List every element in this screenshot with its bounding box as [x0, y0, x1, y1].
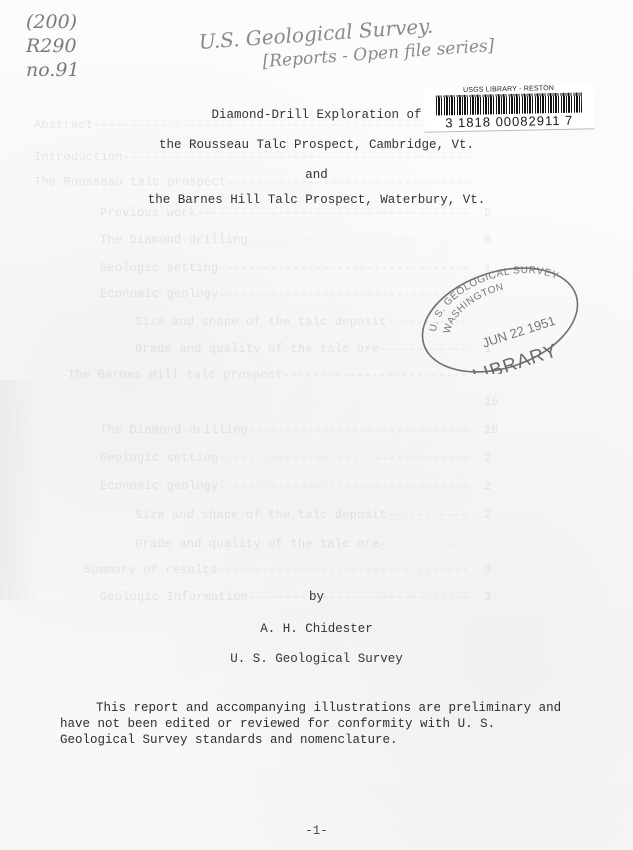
title-line-3: and	[0, 168, 633, 182]
toc-ghost-line: Introduction----------------------------…	[34, 150, 471, 164]
title-line-4: the Barnes Hill Talc Prospect, Waterbury…	[0, 193, 633, 207]
toc-ghost-line: Geologic setting------------------------…	[100, 451, 470, 465]
notice-text: This report and accompanying illustratio…	[60, 700, 570, 748]
toc-ghost-page: 18	[484, 423, 498, 437]
author-affiliation: U. S. Geological Survey	[0, 652, 633, 666]
author-name: A. H. Chidester	[0, 622, 633, 636]
toc-ghost-page: 2	[484, 451, 491, 465]
toc-ghost-line: Size and shape of the talc deposit------…	[135, 508, 468, 522]
title-line-2: the Rousseau Talc Prospect, Cambridge, V…	[0, 138, 633, 152]
barcode-number: 3 1818 00082911 7	[424, 112, 594, 131]
byline-by: by	[0, 590, 633, 604]
stamp-icon: U. S. GEOLOGICAL SURVEY WASHINGTON JUN 2…	[414, 262, 584, 374]
call-number-line: no.91	[26, 58, 80, 82]
toc-ghost-page: 2	[484, 479, 491, 493]
toc-ghost-line: The Barnes Hill talc prospect-----------…	[68, 368, 468, 382]
handwritten-call-number: (200) R290 no.91	[26, 10, 80, 82]
library-date-stamp: U. S. GEOLOGICAL SURVEY WASHINGTON JUN 2…	[414, 262, 584, 374]
toc-ghost-page: 2	[484, 508, 491, 522]
toc-ghost-page: 16	[484, 395, 498, 409]
call-number-line: (200)	[26, 10, 80, 34]
page-number: -1-	[0, 824, 633, 838]
toc-ghost-line: Economic geology------------------------…	[100, 479, 470, 493]
title-text: and	[305, 168, 328, 182]
title-text: the Rousseau Talc Prospect, Cambridge, V…	[159, 138, 474, 152]
library-barcode-label: USGS LIBRARY - RESTON 3 1818 00082911 7	[424, 84, 595, 133]
document-page: (200) R290 no.91 U.S. Geological Survey.…	[0, 0, 633, 850]
call-number-line: R290	[26, 34, 80, 58]
toc-ghost-page: 8	[484, 233, 491, 247]
toc-ghost-page: 3	[484, 563, 491, 577]
title-text: Diamond-Drill Exploration of	[211, 108, 421, 122]
toc-ghost-page: 5	[484, 206, 491, 220]
toc-ghost-line: The Diamond-drilling--------------------…	[100, 233, 470, 247]
toc-ghost-line: Grade and quality of the talc ore-------…	[135, 537, 468, 551]
preliminary-notice: This report and accompanying illustratio…	[60, 700, 570, 748]
title-text: the Barnes Hill Talc Prospect, Waterbury…	[148, 193, 486, 207]
scan-shadow	[0, 380, 40, 600]
toc-ghost-line: The Diamond-drilling--------------------…	[100, 423, 470, 437]
toc-ghost-line: Summary of results----------------------…	[84, 563, 469, 577]
toc-ghost-line: Previous work---------------------------…	[100, 206, 470, 220]
